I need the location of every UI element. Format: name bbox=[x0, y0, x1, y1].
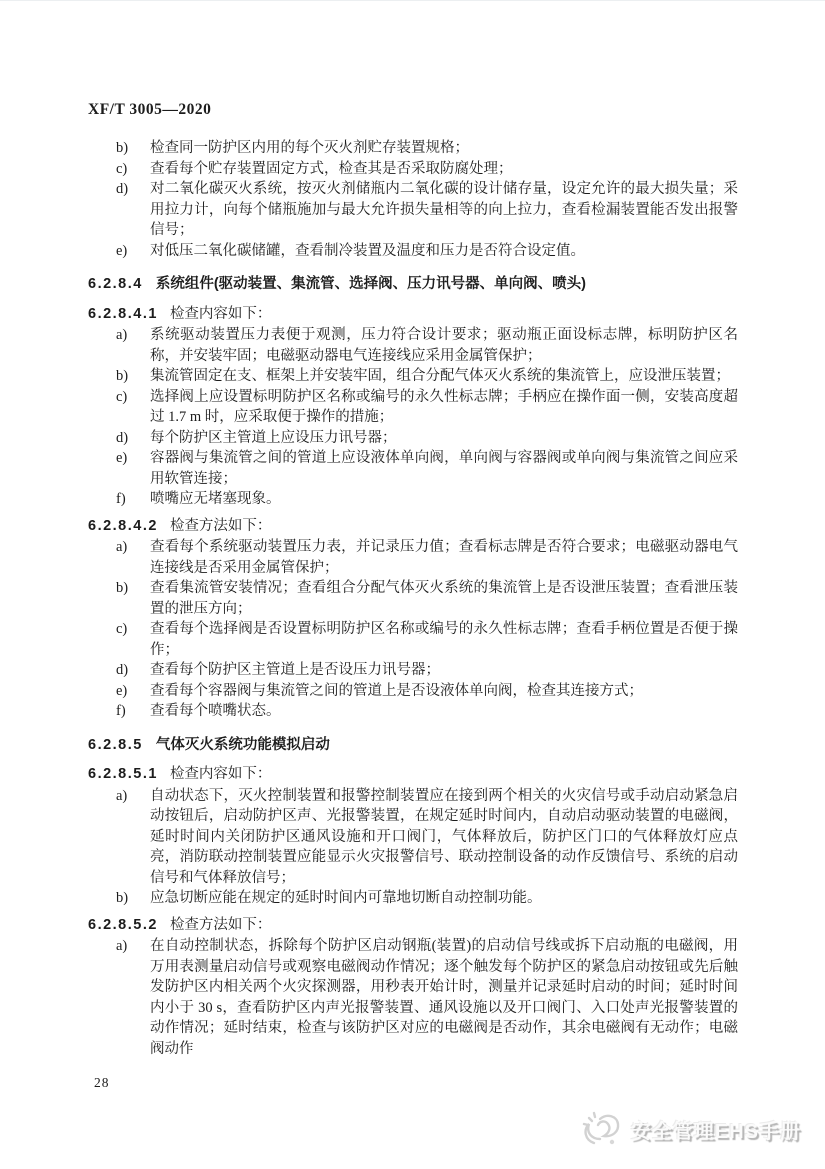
clause-number: 6.2.8.5.1 bbox=[88, 766, 158, 782]
list-item-label: b) bbox=[116, 578, 128, 599]
list-item-text: 查看每个容器阀与集流管之间的管道上是否设液体单向阀，检查其连接方式； bbox=[150, 683, 643, 699]
list-item-text: 应急切断应能在规定的延时时间内可靠地切断自动控制功能。 bbox=[150, 890, 542, 906]
publisher-watermark: 安全管理EHS手册 bbox=[580, 1109, 801, 1149]
list-item-label: b) bbox=[116, 888, 128, 909]
list-item-label: e) bbox=[116, 448, 127, 469]
list-item-text: 查看每个防护区主管道上是否设压力讯号器； bbox=[150, 662, 440, 678]
list-item: a) 系统驱动装置压力表便于观测，压力符合设计要求；驱动瓶正面设标志牌，标明防护… bbox=[88, 325, 738, 366]
list-item: c) 查看每个贮存装置固定方式，检查其是否采取防腐处理； bbox=[88, 159, 738, 180]
list-item: e) 对低压二氧化碳储罐，查看制冷装置及温度和压力是否符合设定值。 bbox=[88, 241, 738, 262]
list-item: b) 集流管固定在支、框架上并安装牢固，组合分配气体灭火系统的集流管上，应设泄压… bbox=[88, 366, 738, 387]
list-item-text: 查看每个贮存装置固定方式，检查其是否采取防腐处理； bbox=[150, 161, 513, 177]
list-item-label: c) bbox=[116, 619, 127, 640]
document-page: XF/T 3005—2020 b) 检查同一防护区内用的每个灭火剂贮存装置规格；… bbox=[0, 0, 825, 1169]
section-heading-6-2-8-5: 6.2.8.5气体灭火系统功能模拟启动 bbox=[88, 735, 738, 756]
list-item-label: a) bbox=[116, 325, 127, 346]
list-item-label: f) bbox=[116, 489, 126, 510]
list-item: b) 应急切断应能在规定的延时时间内可靠地切断自动控制功能。 bbox=[88, 888, 738, 909]
clause-6-2-8-4-2: 6.2.8.4.2检查方法如下： bbox=[88, 516, 738, 537]
clause-text: 检查方法如下： bbox=[170, 518, 272, 534]
list-continuation: b) 检查同一防护区内用的每个灭火剂贮存装置规格； c) 查看每个贮存装置固定方… bbox=[88, 138, 738, 261]
list-item-label: c) bbox=[116, 387, 127, 408]
list-item-text: 容器阀与集流管之间的管道上应设液体单向阀，单向阀与容器阀或单向阀与集流管之间应采… bbox=[150, 450, 738, 487]
clause-text: 检查方法如下： bbox=[170, 917, 272, 933]
section-number: 6.2.8.4 bbox=[88, 276, 143, 292]
list-item-label: d) bbox=[116, 428, 128, 449]
section-title: 系统组件(驱动装置、集流管、选择阀、压力讯号器、单向阀、喷头) bbox=[156, 276, 586, 292]
clause-6-2-8-4-1: 6.2.8.4.1检查内容如下： bbox=[88, 304, 738, 325]
clause-number: 6.2.8.4.1 bbox=[88, 306, 158, 322]
list-item-text: 集流管固定在支、框架上并安装牢固，组合分配气体灭火系统的集流管上，应设泄压装置； bbox=[150, 368, 730, 384]
list-item-text: 对低压二氧化碳储罐，查看制冷装置及温度和压力是否符合设定值。 bbox=[150, 243, 585, 259]
inspection-method-list: a) 查看每个系统驱动装置压力表，并记录压力值；查看标志牌是否符合要求；电磁驱动… bbox=[88, 537, 738, 722]
list-item-text: 查看集流管安装情况；查看组合分配气体灭火系统的集流管上是否设泄压装置；查看泄压装… bbox=[150, 580, 738, 617]
section-number: 6.2.8.5 bbox=[88, 737, 143, 753]
list-item-text: 在自动控制状态，拆除每个防护区启动钢瓶(装置)的启动信号线或拆下启动瓶的电磁阀，… bbox=[150, 938, 738, 1057]
inspection-content-list: a) 系统驱动装置压力表便于观测，压力符合设计要求；驱动瓶正面设标志牌，标明防护… bbox=[88, 325, 738, 510]
simulation-method-list: a) 在自动控制状态，拆除每个防护区启动钢瓶(装置)的启动信号线或拆下启动瓶的电… bbox=[88, 936, 738, 1059]
list-item: e) 容器阀与集流管之间的管道上应设液体单向阀，单向阀与容器阀或单向阀与集流管之… bbox=[88, 448, 738, 489]
list-item: e) 查看每个容器阀与集流管之间的管道上是否设液体单向阀，检查其连接方式； bbox=[88, 681, 738, 702]
list-item-label: a) bbox=[116, 936, 127, 957]
list-item-text: 对二氧化碳灭火系统，按灭火剂储瓶内二氧化碳的设计储存量，设定允许的最大损失量；采… bbox=[150, 181, 738, 238]
list-item-label: e) bbox=[116, 241, 127, 262]
list-item-label: b) bbox=[116, 366, 128, 387]
list-item-text: 每个防护区主管道上应设压力讯号器； bbox=[150, 430, 397, 446]
standard-number-header: XF/T 3005—2020 bbox=[88, 101, 738, 119]
list-item: f) 查看每个喷嘴状态。 bbox=[88, 701, 738, 722]
clause-number: 6.2.8.4.2 bbox=[88, 518, 158, 534]
section-heading-6-2-8-4: 6.2.8.4系统组件(驱动装置、集流管、选择阀、压力讯号器、单向阀、喷头) bbox=[88, 274, 738, 295]
list-item-text: 查看每个喷嘴状态。 bbox=[150, 703, 281, 719]
clause-number: 6.2.8.5.2 bbox=[88, 917, 158, 933]
list-item: a) 查看每个系统驱动装置压力表，并记录压力值；查看标志牌是否符合要求；电磁驱动… bbox=[88, 537, 738, 578]
list-item-label: c) bbox=[116, 159, 127, 180]
list-item-label: b) bbox=[116, 138, 128, 159]
list-item: a) 自动状态下，灭火控制装置和报警控制装置应在接到两个相关的火灾信号或手动启动… bbox=[88, 786, 738, 889]
list-item: b) 查看集流管安装情况；查看组合分配气体灭火系统的集流管上是否设泄压装置；查看… bbox=[88, 578, 738, 619]
list-item: d) 每个防护区主管道上应设压力讯号器； bbox=[88, 428, 738, 449]
list-item-label: f) bbox=[116, 701, 126, 722]
list-item-text: 查看每个系统驱动装置压力表，并记录压力值；查看标志牌是否符合要求；电磁驱动器电气… bbox=[150, 539, 738, 576]
section-title: 气体灭火系统功能模拟启动 bbox=[156, 737, 330, 753]
list-item-text: 自动状态下，灭火控制装置和报警控制装置应在接到两个相关的火灾信号或手动启动紧急启… bbox=[150, 788, 738, 886]
list-item-text: 查看每个选择阀是否设置标明防护区名称或编号的永久性标志牌；查看手柄位置是否便于操… bbox=[150, 621, 738, 658]
clause-6-2-8-5-2: 6.2.8.5.2检查方法如下： bbox=[88, 915, 738, 936]
list-item: c) 选择阀上应设置标明防护区名称或编号的永久性标志牌；手柄应在操作面一侧，安装… bbox=[88, 387, 738, 428]
list-item: d) 对二氧化碳灭火系统，按灭火剂储瓶内二氧化碳的设计储存量，设定允许的最大损失… bbox=[88, 179, 738, 241]
list-item-text: 选择阀上应设置标明防护区名称或编号的永久性标志牌；手柄应在操作面一侧，安装高度超… bbox=[150, 389, 738, 426]
list-item: c) 查看每个选择阀是否设置标明防护区名称或编号的永久性标志牌；查看手柄位置是否… bbox=[88, 619, 738, 660]
list-item-label: e) bbox=[116, 681, 127, 702]
page-number: 28 bbox=[94, 1075, 110, 1091]
list-item-label: a) bbox=[116, 786, 127, 807]
clause-text: 检查内容如下： bbox=[170, 306, 272, 322]
dove-hand-logo-icon bbox=[580, 1109, 626, 1149]
list-item-label: a) bbox=[116, 537, 127, 558]
list-item-label: d) bbox=[116, 660, 128, 681]
list-item-text: 检查同一防护区内用的每个灭火剂贮存装置规格； bbox=[150, 140, 469, 156]
clause-6-2-8-5-1: 6.2.8.5.1检查内容如下： bbox=[88, 764, 738, 785]
list-item-text: 喷嘴应无堵塞现象。 bbox=[150, 491, 281, 507]
list-item-text: 系统驱动装置压力表便于观测，压力符合设计要求；驱动瓶正面设标志牌，标明防护区名称… bbox=[150, 327, 738, 364]
list-item: b) 检查同一防护区内用的每个灭火剂贮存装置规格； bbox=[88, 138, 738, 159]
list-item: a) 在自动控制状态，拆除每个防护区启动钢瓶(装置)的启动信号线或拆下启动瓶的电… bbox=[88, 936, 738, 1059]
simulation-content-list: a) 自动状态下，灭火控制装置和报警控制装置应在接到两个相关的火灾信号或手动启动… bbox=[88, 786, 738, 909]
list-item: f) 喷嘴应无堵塞现象。 bbox=[88, 489, 738, 510]
list-item: d) 查看每个防护区主管道上是否设压力讯号器； bbox=[88, 660, 738, 681]
list-item-label: d) bbox=[116, 179, 128, 200]
clause-text: 检查内容如下： bbox=[170, 766, 272, 782]
watermark-text: 安全管理EHS手册 bbox=[631, 1115, 801, 1144]
page-content: XF/T 3005—2020 b) 检查同一防护区内用的每个灭火剂贮存装置规格；… bbox=[88, 101, 738, 1059]
